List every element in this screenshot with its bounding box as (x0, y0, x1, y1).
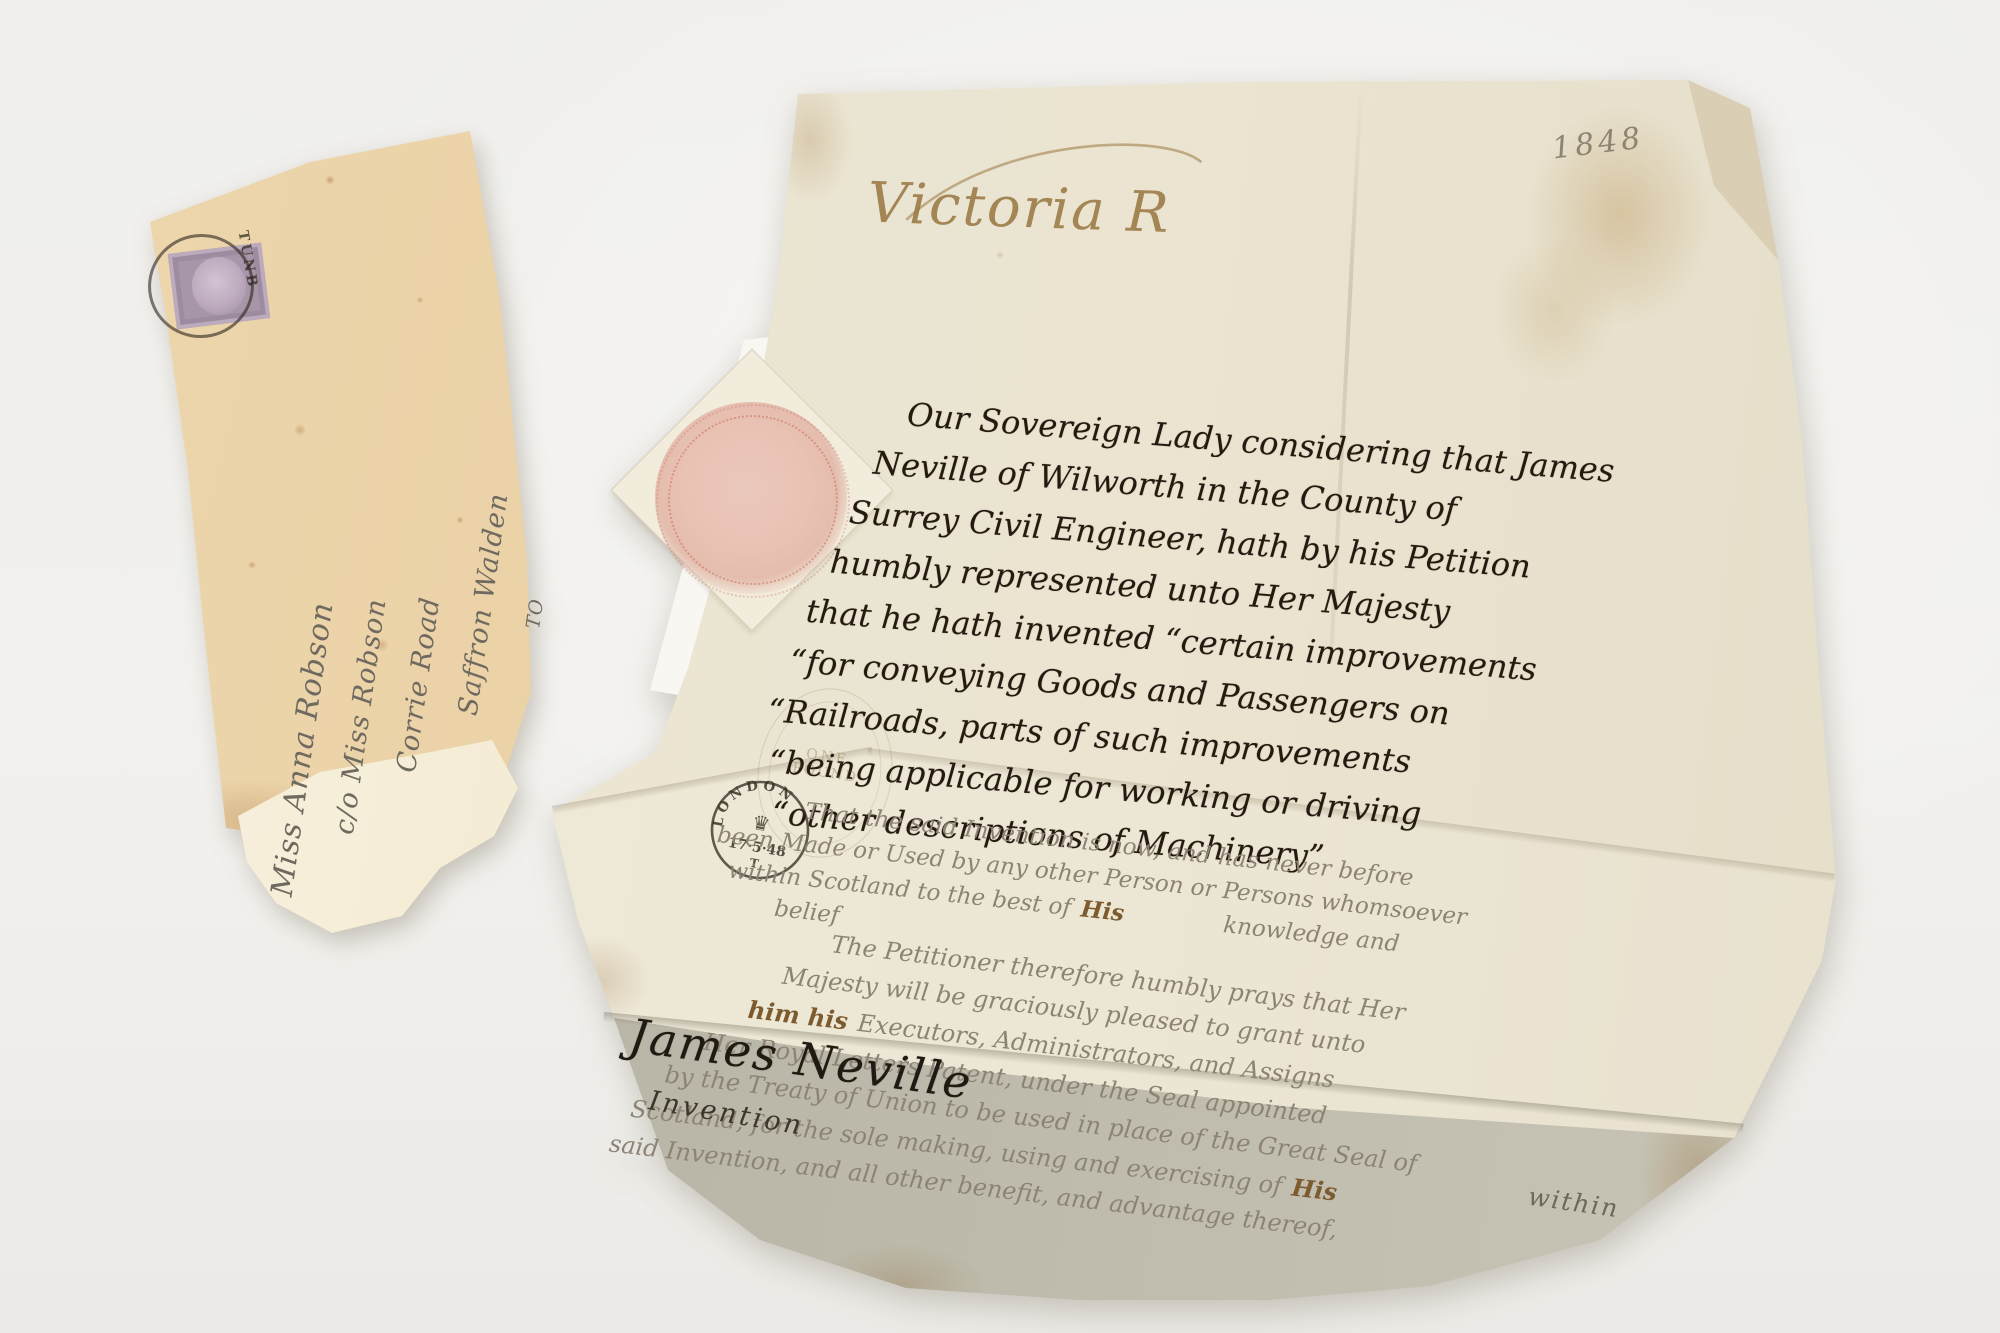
patent-document-group: 1848 Victoria R Our Sovereign Lady consi… (0, 0, 2000, 1333)
ink-correction: His (1079, 895, 1125, 927)
ink-correction: His (1290, 1172, 1338, 1206)
photo-of-1848-patent-document-and-envelope: TUNB Miss Anna Robson c/o Miss Robson Co… (0, 0, 2000, 1333)
royal-signature: Victoria R (860, 118, 1305, 283)
royal-signature-text: Victoria R (867, 171, 1172, 247)
